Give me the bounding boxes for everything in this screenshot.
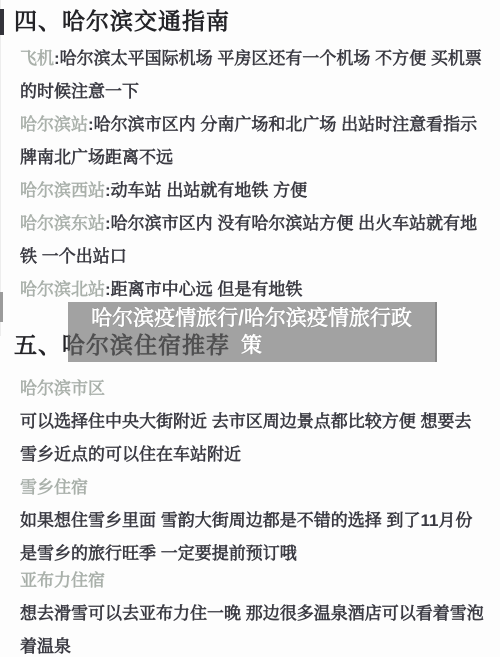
transport-item-text: 哈尔滨太平国际机场 平房区还有一个机场 不方便 买机票的时候注意一下 [20, 49, 482, 101]
lodging-item-text-yabuli: 想去滑雪可以去亚布力住一晚 那边很多温泉酒店可以看着雪泡着温泉 [20, 597, 485, 657]
transport-item-harbin-station: 哈尔滨站:哈尔滨市区内 分南广场和北广场 出站时注意看指示牌南北广场距离不远 [20, 108, 485, 174]
transport-item-text: 距离市中心远 但是有地铁 [111, 280, 303, 299]
watermark-overlay: 哈尔滨疫情旅行/哈尔滨疫情旅行政策 [68, 302, 437, 362]
transport-item-label: 哈尔滨站 [20, 115, 88, 134]
transport-item-label: 飞机 [20, 49, 54, 68]
article-page: 四、哈尔滨交通指南 飞机:哈尔滨太平国际机场 平房区还有一个机场 不方便 买机票… [0, 0, 500, 657]
transport-item-label: 哈尔滨东站 [20, 214, 105, 233]
lodging-item-text-snow-village: 如果想住雪乡里面 雪韵大街周边都是不错的选择 到了11月份是雪乡的旅行旺季 一定… [20, 504, 485, 570]
transport-item-west-station: 哈尔滨西站:动车站 出站就有地铁 方便 [20, 174, 485, 207]
watermark-text: 哈尔滨疫情旅行/哈尔滨疫情旅行政策 [91, 307, 412, 357]
transport-item-label: 哈尔滨北站 [20, 280, 105, 299]
cropped-glyph-fragment-top [0, 9, 4, 35]
transport-item-plane: 飞机:哈尔滨太平国际机场 平房区还有一个机场 不方便 买机票的时候注意一下 [20, 42, 485, 108]
cropped-glyph-fragment-middle [0, 292, 3, 322]
transport-item-east-station: 哈尔滨东站:哈尔滨市区内 没有哈尔滨站方便 出火车站就有地铁 一个出站口 [20, 207, 485, 273]
transport-item-label: 哈尔滨西站 [20, 181, 105, 200]
transport-section-heading: 四、哈尔滨交通指南 [14, 6, 485, 36]
left-edge-line [0, 0, 1, 336]
lodging-item-label-snow-village: 雪乡住宿 [20, 471, 485, 504]
lodging-item-label-city: 哈尔滨市区 [20, 372, 485, 405]
transport-item-text: 动车站 出站就有地铁 方便 [111, 181, 307, 200]
lodging-item-text-city: 可以选择住中央大街附近 去市区周边景点都比较方便 想要去雪乡近点的可以住在车站附… [20, 405, 485, 471]
